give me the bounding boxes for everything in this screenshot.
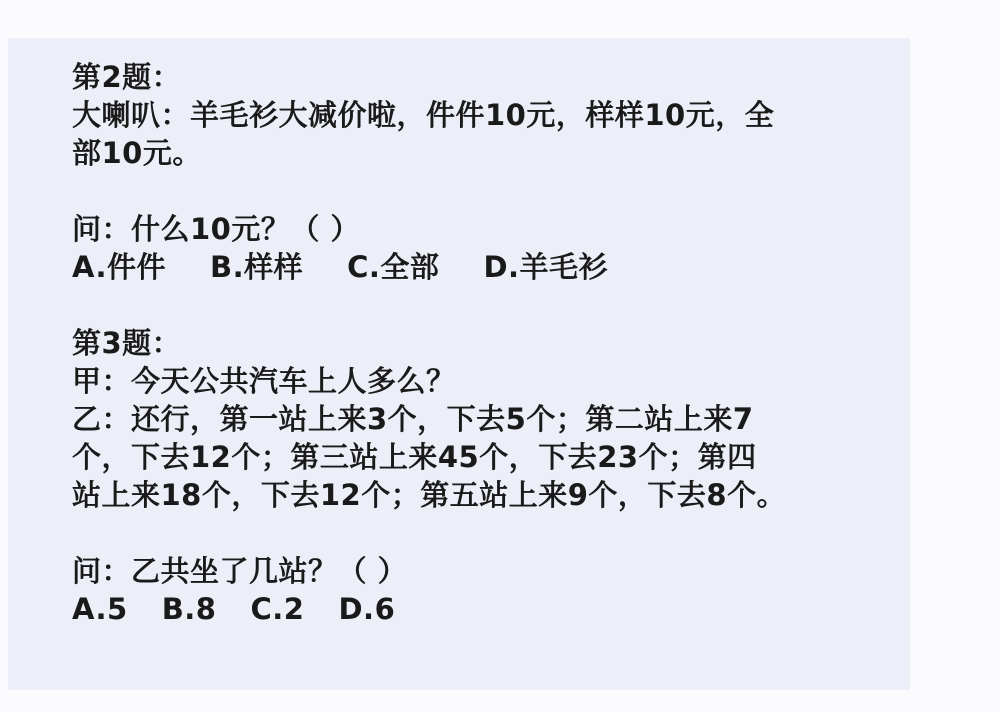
question-body-line: 甲：今天公共汽车上人多么？: [72, 362, 892, 400]
option-a: A.5: [72, 590, 128, 628]
spacer: [72, 514, 892, 552]
option-d: D.6: [338, 590, 395, 628]
question-3: 第3题： 甲：今天公共汽车上人多么？ 乙：还行，第一站上来3个，下去5个；第二站…: [72, 324, 892, 628]
quiz-content: 第2题： 大喇叭：羊毛衫大减价啦，件件10元，样样10元，全 部10元。 问：什…: [72, 58, 892, 628]
question-title: 第2题：: [72, 58, 892, 96]
option-d: D.羊毛衫: [483, 248, 608, 286]
spacer: [72, 172, 892, 210]
answer-options: A.件件 B.样样 C.全部 D.羊毛衫: [72, 248, 892, 286]
question-prompt: 问：什么10元？（ ）: [72, 210, 892, 248]
document-panel: 第2题： 大喇叭：羊毛衫大减价啦，件件10元，样样10元，全 部10元。 问：什…: [8, 38, 910, 690]
question-prompt: 问：乙共坐了几站？（ ）: [72, 552, 892, 590]
spacer: [72, 286, 892, 324]
answer-options: A.5 B.8 C.2 D.6: [72, 590, 892, 628]
question-title: 第3题：: [72, 324, 892, 362]
option-b: B.样样: [210, 248, 303, 286]
option-c: C.2: [251, 590, 305, 628]
question-body-line: 个，下去12个；第三站上来45个，下去23个；第四: [72, 438, 892, 476]
option-a: A.件件: [72, 248, 166, 286]
option-c: C.全部: [347, 248, 439, 286]
question-2: 第2题： 大喇叭：羊毛衫大减价啦，件件10元，样样10元，全 部10元。 问：什…: [72, 58, 892, 286]
question-body-line: 乙：还行，第一站上来3个，下去5个；第二站上来7: [72, 400, 892, 438]
option-b: B.8: [162, 590, 217, 628]
question-body-line: 部10元。: [72, 134, 892, 172]
question-body-line: 站上来18个，下去12个；第五站上来9个，下去8个。: [72, 476, 892, 514]
question-body-line: 大喇叭：羊毛衫大减价啦，件件10元，样样10元，全: [72, 96, 892, 134]
